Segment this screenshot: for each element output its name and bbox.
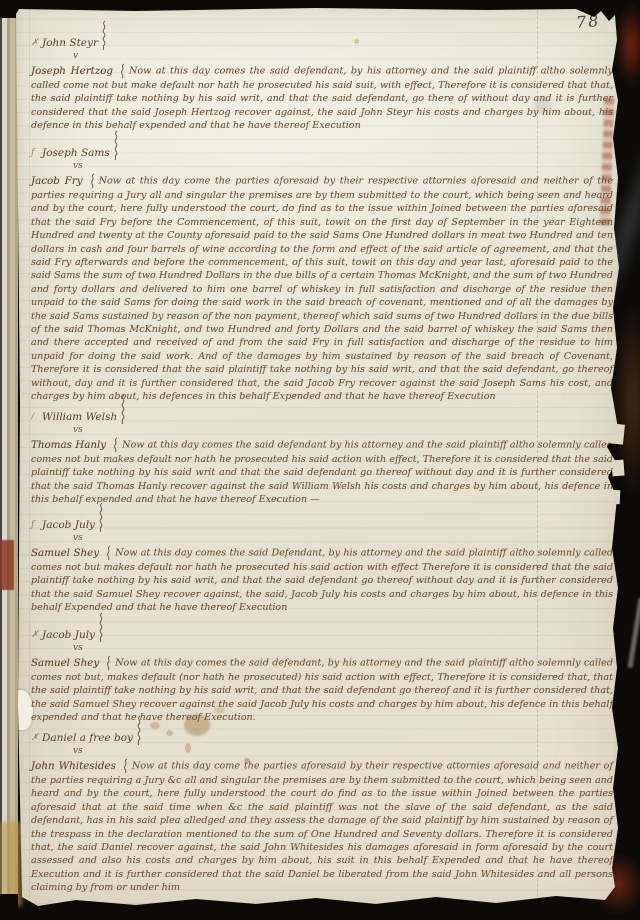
case-caption: ƒ Joseph Sams [31,146,613,160]
case-caption: ∕ William Welsh [31,410,613,424]
flourish-icon [119,63,126,79]
flourish-icon [100,20,108,50]
plaintiff-name: Jacob July [42,628,95,642]
flourish-icon [105,655,112,671]
versus-label: v [73,50,613,62]
entry-body: Jacob FryNow at this day come the partie… [31,173,613,404]
entry-text: Now at this day comes the said Defendant… [31,548,613,614]
background-paper-sliver [628,598,640,668]
pencil-check-mark: ✗ [31,36,39,50]
entry-body: Samuel SheyNow at this day comes the sai… [31,545,613,615]
pencil-check-mark: ƒ [31,518,39,532]
photograph-of-court-record-page: { "page_number": "78", "entries": [ { "m… [0,0,640,920]
defendant-name: Jacob Fry [31,175,83,187]
flourish-icon [97,502,105,532]
case-caption: ✗ Daniel a free boy [31,731,613,745]
plaintiff-name: Daniel a free boy [42,731,133,745]
case-caption: ✗ John Steyr [31,36,613,50]
entry-text: Now at this day comes the said defendant… [31,658,613,724]
defendant-name: Joseph Hertzog [31,65,113,77]
entry-body: John WhitesidesNow at this day come the … [31,758,613,895]
court-record-entry: ∕ William Welsh vs Thomas HanlyNow at th… [31,410,613,507]
book-gutter-edge [0,18,18,902]
plaintiff-name: Joseph Sams [42,146,110,160]
pencil-check-mark: ƒ [31,146,39,160]
plaintiff-name: William Welsh [42,410,117,424]
entry-text: Now at this day come the parties aforesa… [31,761,613,894]
entry-text: Now at this day come the parties aforesa… [31,176,613,403]
pencil-check-mark: ∕ [31,410,39,424]
flourish-icon [97,612,105,642]
court-record-entry: ✗ John Steyr v Joseph HertzogNow at this… [31,36,613,133]
page-number: 78 [575,11,601,32]
flourish-icon [105,545,112,561]
case-caption: ƒ Jacob July [31,518,613,532]
plaintiff-name: Jacob July [42,518,95,532]
manuscript-page: 78 ✗ John Steyr v Joseph HertzogNow at t… [16,6,622,912]
pencil-check-mark: ✗ [31,628,39,642]
case-caption: ✗ Jacob July [31,628,613,642]
flourish-icon [112,130,120,160]
court-record-entry: ✗ Jacob July vs Samuel SheyNow at this d… [31,628,613,725]
defendant-name: Samuel Shey [31,657,99,669]
flourish-icon [135,715,143,745]
court-record-entry: ƒ Joseph Sams vs Jacob FryNow at this da… [31,146,613,404]
versus-label: vs [73,424,613,436]
pencil-check-mark: ✗ [31,731,39,745]
versus-label: vs [73,532,613,544]
entry-body: Thomas HanlyNow at this day comes the sa… [31,437,613,507]
versus-label: vs [73,642,613,654]
defendant-name: Thomas Hanly [31,439,106,451]
entry-body: Samuel SheyNow at this day comes the sai… [31,655,613,725]
flourish-icon [112,437,119,453]
defendant-name: Samuel Shey [31,547,99,559]
flourish-icon [89,173,96,189]
court-record-entry: ƒ Jacob July vs Samuel SheyNow at this d… [31,518,613,615]
gutter-shadow [0,894,18,920]
binding-stain-top-right [614,2,640,88]
entry-body: Joseph HertzogNow at this day comes the … [31,63,613,133]
versus-label: vs [73,160,613,172]
flourish-icon [122,758,129,774]
versus-label: vs [73,745,613,757]
gutter-red-stain [0,540,14,590]
plaintiff-name: John Steyr [42,36,98,50]
left-margin-crease [29,6,30,912]
flourish-icon [119,394,127,424]
defendant-name: John Whitesides [31,760,116,772]
court-record-entry: ✗ Daniel a free boy vs John WhitesidesNo… [31,731,613,895]
